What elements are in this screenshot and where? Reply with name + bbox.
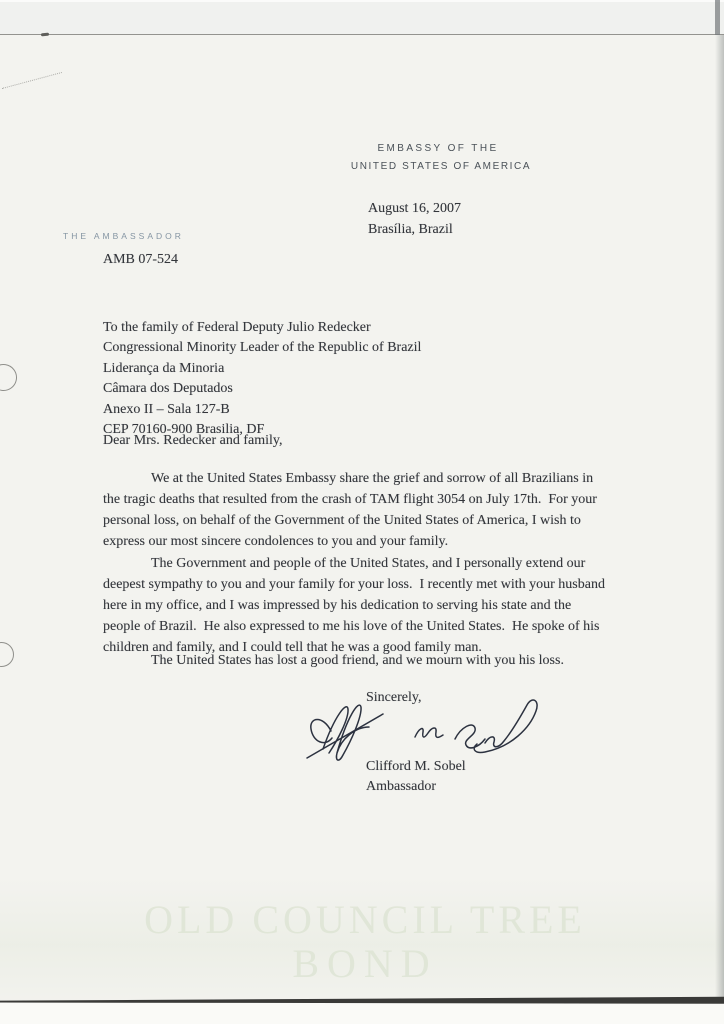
signer-name: Clifford M. Sobel <box>366 757 466 777</box>
recipient-address: To the family of Federal Deputy Julio Re… <box>103 318 421 440</box>
body-line: here in my office, and I was impressed b… <box>103 595 605 616</box>
scan-speck <box>41 33 49 37</box>
signature-strokes <box>303 697 543 765</box>
recipient-line: To the family of Federal Deputy Julio Re… <box>103 318 421 338</box>
scan-right-edge <box>715 35 724 998</box>
recipient-line: Congressional Minority Leader of the Rep… <box>103 338 421 358</box>
body-paragraph-2: The Government and people of the United … <box>103 553 605 658</box>
hole-punch-bottom <box>0 642 14 667</box>
scan-right-edge-top <box>715 0 720 35</box>
letterhead-line1: EMBASSY OF THE <box>377 143 498 154</box>
body-line: We at the United States Embassy share th… <box>103 468 597 489</box>
hole-punch-top <box>0 362 19 392</box>
place: Brasília, Brazil <box>368 219 461 240</box>
scan-bottom-strip <box>0 1003 724 1024</box>
recipient-line: Anexo II – Sala 127-B <box>103 400 421 420</box>
body-line: deepest sympathy to you and your family … <box>103 574 605 595</box>
body-paragraph-1: We at the United States Embassy share th… <box>103 468 597 552</box>
signature-block: Clifford M. Sobel Ambassador <box>366 757 466 798</box>
dateline: August 16, 2007 Brasília, Brazil <box>368 198 461 240</box>
scanned-letter-page: OLD COUNCIL TREE BOND EMBASSY OF THE UNI… <box>0 0 724 1024</box>
body-line: express our most sincere condolences to … <box>103 531 597 552</box>
scan-top-edge <box>0 0 724 35</box>
recipient-line: Câmara dos Deputados <box>103 379 421 399</box>
date: August 16, 2007 <box>368 198 461 219</box>
body-line: people of Brazil. He also expressed to m… <box>103 616 605 637</box>
signer-title: Ambassador <box>366 777 466 797</box>
body-line: The Government and people of the United … <box>103 553 605 574</box>
reference-number: AMB 07-524 <box>103 252 178 268</box>
salutation: Dear Mrs. Redecker and family, <box>103 433 282 449</box>
paper-watermark-line1: OLD COUNCIL TREE <box>110 896 620 943</box>
body-line: personal loss, on behalf of the Governme… <box>103 510 597 531</box>
paper-watermark-line2: BOND <box>110 940 620 987</box>
ambassador-label: THE AMBASSADOR <box>63 231 184 241</box>
scan-scratch <box>2 72 62 89</box>
recipient-line: Liderança da Minoria <box>103 359 421 379</box>
body-paragraph-3: The United States has lost a good friend… <box>103 650 564 671</box>
body-line: The United States has lost a good friend… <box>103 650 564 671</box>
body-line: the tragic deaths that resulted from the… <box>103 489 597 510</box>
letterhead-line2: UNITED STATES OF AMERICA <box>351 161 531 172</box>
handwritten-signature <box>303 697 543 765</box>
